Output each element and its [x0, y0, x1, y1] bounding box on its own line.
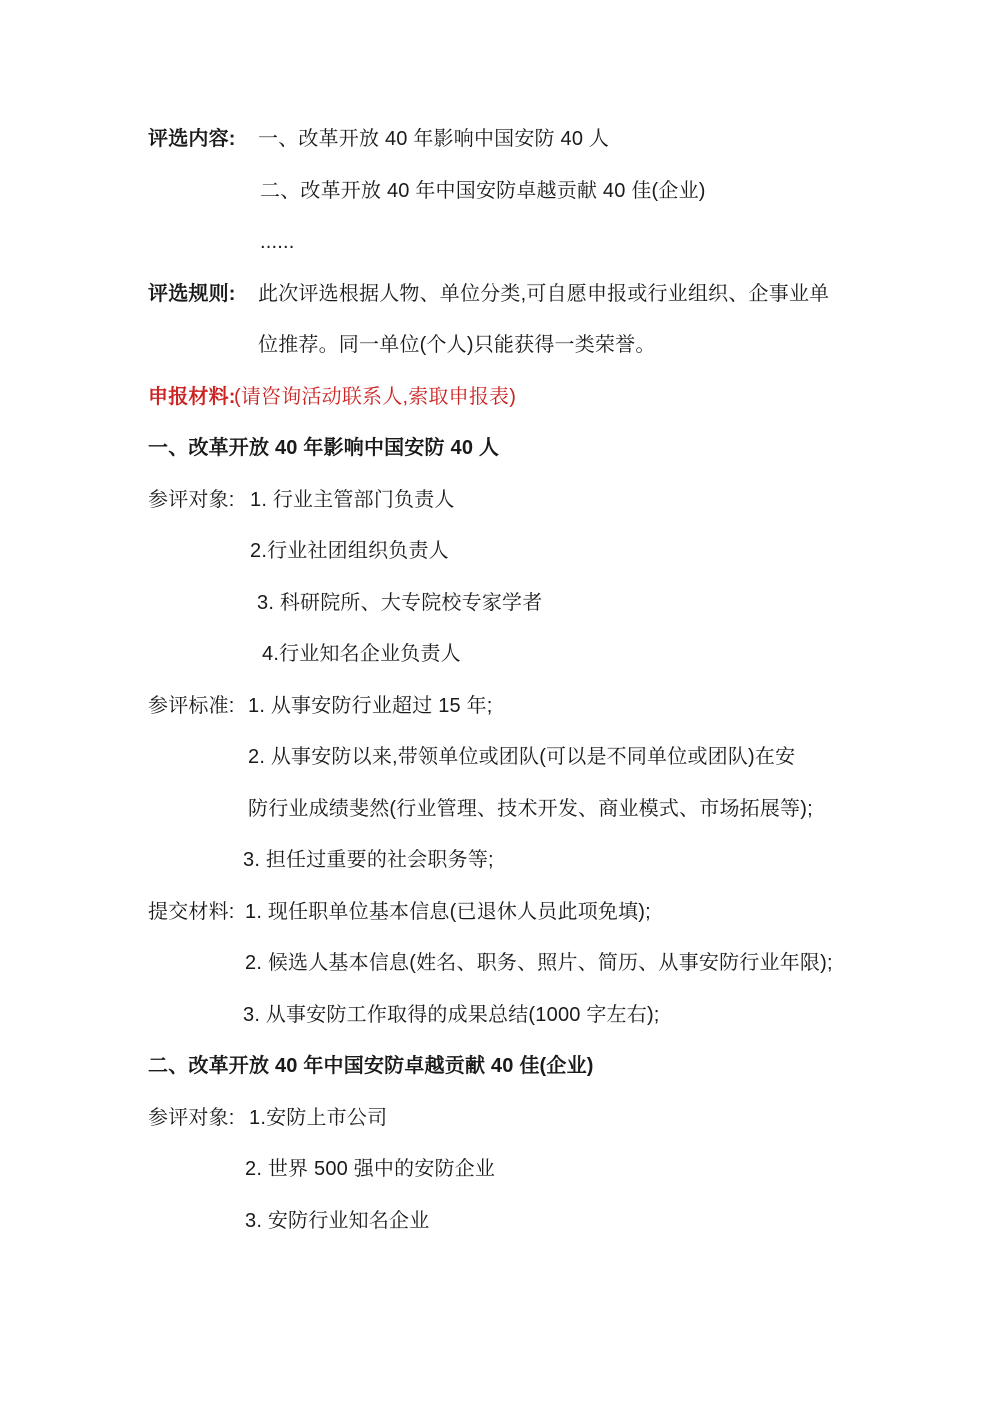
document-page: 评选内容: 一、改革开放 40 年影响中国安防 40 人 二、改革开放 40 年…	[0, 0, 990, 1402]
line-criteria-3: 3. 担任过重要的社会职务等;	[148, 835, 950, 887]
line-application-materials: 申报材料: (请咨询活动联系人,索取申报表)	[148, 372, 950, 424]
line-text: 2. 世界 500 强中的安防企业	[245, 1158, 495, 1180]
line-candidates-4: 4.行业知名企业负责人	[148, 629, 950, 681]
line-selection-content: 评选内容: 一、改革开放 40 年影响中国安防 40 人	[148, 114, 950, 166]
line-submit-3: 3. 从事安防工作取得的成果总结(1000 字左右);	[148, 990, 950, 1042]
field-label-application-materials: 申报材料:	[148, 372, 236, 424]
line-text: 防行业成绩斐然(行业管理、技术开发、商业模式、市场拓展等);	[248, 798, 813, 820]
heading-text: 二、改革开放 40 年中国安防卓越贡献 40 佳(企业)	[148, 1055, 594, 1077]
line-candidates-2: 2.行业社团组织负责人	[148, 526, 950, 578]
line-selection-rules: 评选规则: 此次评选根据人物、单位分类,可自愿申报或行业组织、企事业单	[148, 269, 950, 321]
line-criteria-2-cont: 防行业成绩斐然(行业管理、技术开发、商业模式、市场拓展等);	[148, 784, 950, 836]
line-text: 4.行业知名企业负责人	[262, 643, 461, 665]
line-submit-2: 2. 候选人基本信息(姓名、职务、照片、简历、从事安防行业年限);	[148, 938, 950, 990]
field-label-selection-rules: 评选规则:	[148, 269, 236, 321]
line-text: 3. 从事安防工作取得的成果总结(1000 字左右);	[243, 1004, 660, 1026]
section-heading-2: 二、改革开放 40 年中国安防卓越贡献 40 佳(企业)	[148, 1041, 950, 1093]
line-text: 一、改革开放 40 年影响中国安防 40 人	[258, 128, 609, 150]
line-candidates2-1: 参评对象: 1.安防上市公司	[148, 1093, 950, 1145]
field-label-submit: 提交材料:	[148, 887, 235, 939]
line-text: 3. 担任过重要的社会职务等;	[243, 849, 494, 871]
line-text: 1.安防上市公司	[249, 1107, 387, 1129]
line-criteria-1: 参评标准: 1. 从事安防行业超过 15 年;	[148, 681, 950, 733]
line-text: 3. 科研院所、大专院校专家学者	[257, 592, 542, 614]
field-label-selection-content: 评选内容:	[148, 114, 236, 166]
line-text: 3. 安防行业知名企业	[245, 1210, 429, 1232]
line-candidates2-3: 3. 安防行业知名企业	[148, 1196, 950, 1248]
heading-text: 一、改革开放 40 年影响中国安防 40 人	[148, 437, 499, 459]
line-text: 二、改革开放 40 年中国安防卓越贡献 40 佳(企业)	[260, 180, 706, 202]
line-text: 位推荐。同一单位(个人)只能获得一类荣誉。	[258, 334, 656, 356]
line-text: 2. 从事安防以来,带领单位或团队(可以是不同单位或团队)在安	[248, 746, 795, 768]
line-candidates2-2: 2. 世界 500 强中的安防企业	[148, 1144, 950, 1196]
field-label-criteria: 参评标准:	[148, 681, 235, 733]
field-label-candidates: 参评对象:	[148, 475, 235, 527]
line-text: 1. 行业主管部门负责人	[250, 489, 455, 511]
line-ellipsis: ......	[148, 217, 950, 269]
line-text: 1. 从事安防行业超过 15 年;	[248, 695, 493, 717]
section-heading-1: 一、改革开放 40 年影响中国安防 40 人	[148, 423, 950, 475]
field-label-candidates-2: 参评对象:	[148, 1093, 235, 1145]
line-text: 2. 候选人基本信息(姓名、职务、照片、简历、从事安防行业年限);	[245, 952, 833, 974]
line-text: 2.行业社团组织负责人	[250, 540, 449, 562]
line-text: 1. 现任职单位基本信息(已退休人员此项免填);	[245, 901, 651, 923]
line-selection-rules-2: 位推荐。同一单位(个人)只能获得一类荣誉。	[148, 320, 950, 372]
line-text: 此次评选根据人物、单位分类,可自愿申报或行业组织、企事业单	[258, 283, 829, 305]
line-text: (请咨询活动联系人,索取申报表)	[234, 386, 516, 408]
line-candidates-3: 3. 科研院所、大专院校专家学者	[148, 578, 950, 630]
line-candidates-1: 参评对象: 1. 行业主管部门负责人	[148, 475, 950, 527]
line-criteria-2: 2. 从事安防以来,带领单位或团队(可以是不同单位或团队)在安	[148, 732, 950, 784]
line-text: ......	[260, 231, 295, 253]
line-selection-content-2: 二、改革开放 40 年中国安防卓越贡献 40 佳(企业)	[148, 166, 950, 218]
line-submit-1: 提交材料: 1. 现任职单位基本信息(已退休人员此项免填);	[148, 887, 950, 939]
